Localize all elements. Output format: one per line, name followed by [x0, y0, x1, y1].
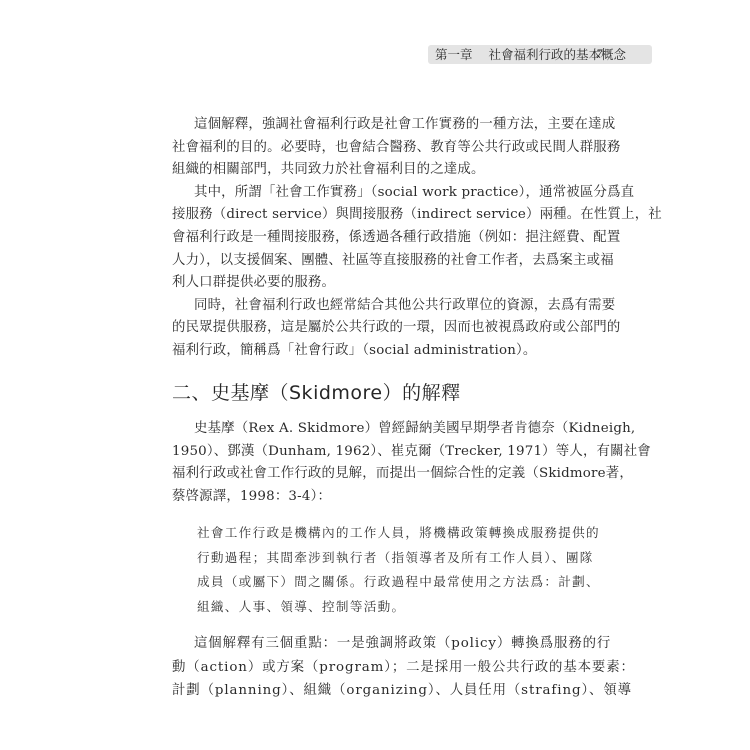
- chapter-title: 社會福利行政的基本概念: [489, 47, 627, 62]
- paragraph-bottom: 這個解釋有三個重點：一是強調將政策（policy）轉換爲服務的行 動（actio…: [172, 632, 582, 703]
- section-heading: 二、史基摩（Skidmore）的解釋: [172, 378, 461, 405]
- paragraph-1: 這個解釋，強調社會福利行政是社會工作實務的一種方法，主要在達成 社會福利的目的。…: [172, 114, 582, 182]
- text-line: 這個解釋，強調社會福利行政是社會工作實務的一種方法，主要在達成: [172, 114, 582, 137]
- running-header: 第一章 社會福利行政的基本概念 7: [428, 45, 652, 64]
- text-line: 組織的相關部門，共同致力於社會福利目的之達成。: [172, 159, 582, 182]
- text-line: 接服務（direct service）與間接服務（indirect servic…: [172, 204, 582, 227]
- chapter-label: 第一章: [435, 47, 473, 62]
- text-line: 福利行政或社會工作行政的見解，而提出一個綜合性的定義（Skidmore著，: [172, 463, 582, 486]
- paragraph-3: 同時，社會福利行政也經常結合其他公共行政單位的資源，去爲有需要 的民眾提供服務，…: [172, 295, 582, 363]
- quote-text: 社會工作行政是機構內的工作人員，將機構政策轉換成服務提供的 行動過程；其間牽涉到…: [197, 521, 567, 619]
- text-line: 同時，社會福利行政也經常結合其他公共行政單位的資源，去爲有需要: [172, 295, 582, 318]
- body-text-top: 這個解釋，強調社會福利行政是社會工作實務的一種方法，主要在達成 社會福利的目的。…: [172, 114, 582, 363]
- block-quote: 社會工作行政是機構內的工作人員，將機構政策轉換成服務提供的 行動過程；其間牽涉到…: [197, 521, 567, 619]
- page-number: 7: [596, 45, 602, 64]
- text-line: 福利行政，簡稱爲「社會行政」（social administration）。: [172, 340, 582, 363]
- paragraph-intro: 史基摩（Rex A. Skidmore）曾經歸納美國早期學者肯德奈（Kidnei…: [172, 418, 582, 508]
- text-line: 組織、人事、領導、控制等活動。: [197, 595, 567, 620]
- text-line: 行動過程；其間牽涉到執行者（指領導者及所有工作人員）、團隊: [197, 546, 567, 571]
- paragraph-2: 其中，所謂「社會工作實務」（social work practice），通常被區…: [172, 182, 582, 295]
- text-line: 其中，所謂「社會工作實務」（social work practice），通常被區…: [172, 182, 582, 205]
- text-line: 計劃（planning）、組織（organizing）、人員任用（strafin…: [172, 679, 582, 703]
- text-line: 史基摩（Rex A. Skidmore）曾經歸納美國早期學者肯德奈（Kidnei…: [172, 418, 582, 441]
- text-line: 動（action）或方案（program）；二是採用一般公共行政的基本要素：: [172, 656, 582, 680]
- text-line: 會福利行政是一種間接服務，係透過各種行政措施（例如：挹注經費、配置: [172, 227, 582, 250]
- text-line: 蔡啓源譯，1998：3-4）：: [172, 486, 582, 509]
- text-line: 這個解釋有三個重點：一是強調將政策（policy）轉換爲服務的行: [172, 632, 582, 656]
- text-line: 成員（或屬下）間之關係。行政過程中最常使用之方法爲：計劃、: [197, 570, 567, 595]
- text-line: 利人口群提供必要的服務。: [172, 272, 582, 295]
- text-line: 人力），以支援個案、團體、社區等直接服務的社會工作者，去爲案主或福: [172, 250, 582, 273]
- text-line: 社會工作行政是機構內的工作人員，將機構政策轉換成服務提供的: [197, 521, 567, 546]
- body-text-intro: 史基摩（Rex A. Skidmore）曾經歸納美國早期學者肯德奈（Kidnei…: [172, 418, 582, 508]
- body-text-bottom: 這個解釋有三個重點：一是強調將政策（policy）轉換爲服務的行 動（actio…: [172, 632, 582, 703]
- text-line: 1950）、鄧漢（Dunham, 1962）、崔克爾（Trecker, 1971…: [172, 441, 582, 464]
- text-line: 的民眾提供服務，這是屬於公共行政的一環，因而也被視爲政府或公部門的: [172, 317, 582, 340]
- text-line: 社會福利的目的。必要時，也會結合醫務、教育等公共行政或民間人群服務: [172, 137, 582, 160]
